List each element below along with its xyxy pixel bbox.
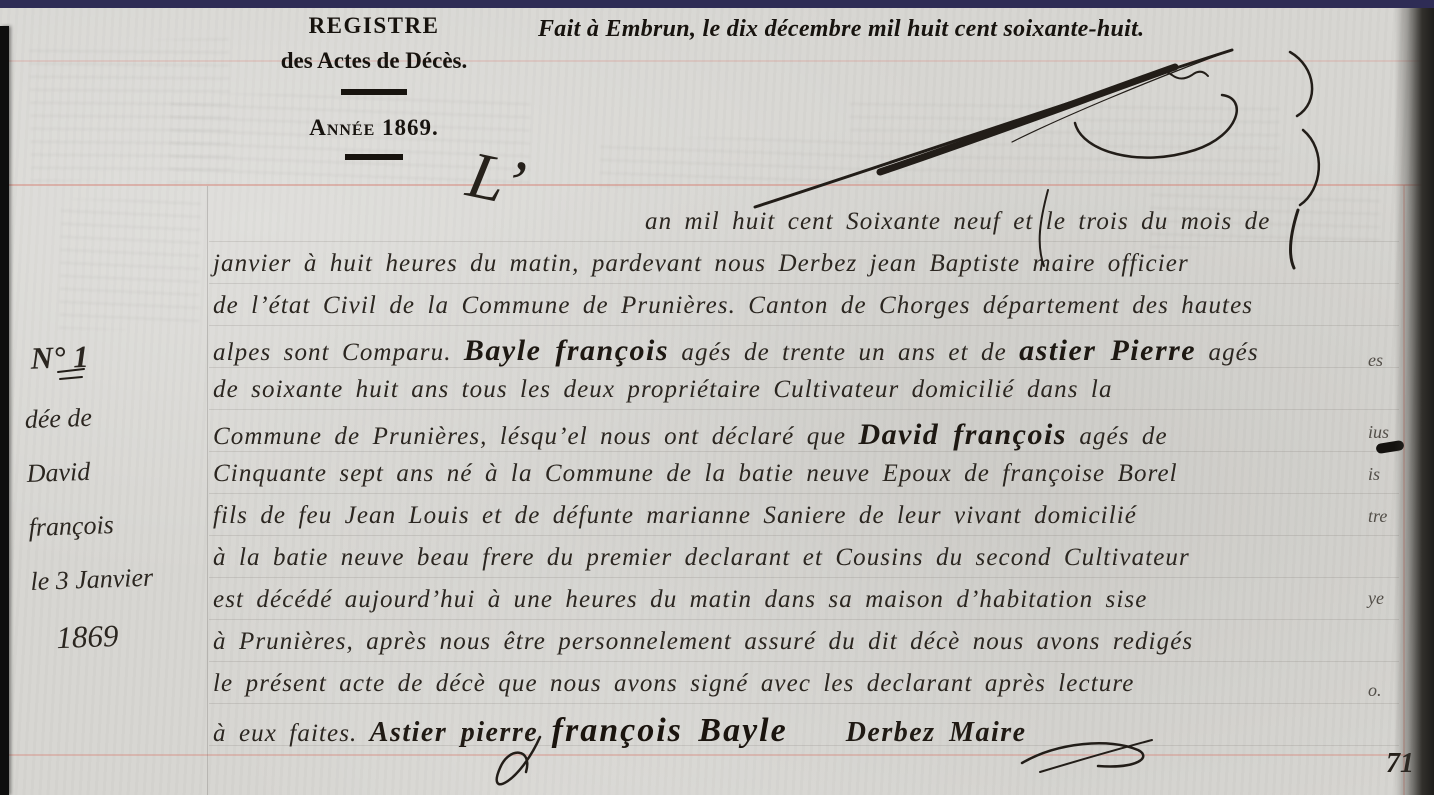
act-line: an mil huit cent Soixante neuf et le tro…	[645, 208, 1270, 236]
act-text-segment: de l’état Civil de la Commune de Prunièr…	[213, 292, 1253, 319]
margin-note-line: 1869	[56, 618, 119, 656]
bleedthrough-smudge	[849, 97, 1280, 183]
dateline: Fait à Embrun, le dix décembre mil huit …	[538, 16, 1298, 43]
act-text-segment: janvier à huit heures du matin, pardevan…	[213, 250, 1189, 277]
margin-note-line: françois	[28, 510, 114, 543]
death-register-scan: REGISTRE des Actes de Décès. Année 1869.…	[0, 0, 1434, 795]
ruled-guideline	[209, 703, 1399, 704]
act-line: de soixante huit ans tous les deux propr…	[213, 376, 1113, 404]
ruled-guideline	[209, 661, 1399, 662]
margin-divider-line	[207, 186, 208, 795]
act-line: à la batie neuve beau frere du premier d…	[213, 544, 1190, 572]
act-text-segment: fils de feu Jean Louis et de défunte mar…	[213, 502, 1137, 529]
edge-fragment: o.	[1368, 680, 1382, 701]
registre-title: REGISTRE	[258, 13, 490, 39]
act-number: N° 1	[30, 339, 89, 377]
ruled-guideline	[209, 409, 1399, 410]
left-binding-strip	[0, 26, 9, 795]
edge-fragment: ye	[1368, 588, 1384, 609]
ruled-guideline	[209, 535, 1399, 536]
act-text-segment: David françois	[858, 418, 1067, 451]
registre-subtitle: des Actes de Décès.	[258, 48, 490, 74]
act-line: à eux faites. Astier pierre françois Bay…	[213, 712, 1027, 750]
annee-label: Année 1869.	[258, 115, 490, 141]
signature: Astier pierre	[370, 717, 552, 748]
act-text-segment: de soixante huit ans tous les deux propr…	[213, 376, 1113, 403]
act-text-segment: astier Pierre	[1019, 334, 1196, 367]
act-text-segment: à eux faites.	[213, 720, 370, 747]
ruled-guideline	[209, 619, 1399, 620]
margin-note-line: le 3 Janvier	[30, 563, 154, 597]
act-text-segment: à Prunières, après nous être personnelem…	[213, 628, 1193, 655]
pink-rule-faint-top	[0, 60, 1434, 62]
margin-note-line: dée de	[24, 403, 92, 435]
pink-rule-bottom	[0, 754, 1410, 756]
header-rule	[341, 89, 407, 95]
signature: Derbez Maire	[846, 717, 1027, 748]
act-text-segment: alpes sont Comparu.	[213, 339, 464, 366]
act-text-segment: à la batie neuve beau frere du premier d…	[213, 544, 1190, 571]
edge-fragment: es	[1368, 350, 1383, 371]
act-line: janvier à huit heures du matin, pardevan…	[213, 250, 1189, 278]
edge-fragment: ius	[1368, 422, 1389, 443]
act-line: est décédé aujourd’hui à une heures du m…	[213, 586, 1147, 614]
margin-note: N° 1 dée deDavidfrançoisle 3 Janvier1869	[16, 335, 206, 342]
signature: françois Bayle	[552, 712, 788, 749]
act-line: le présent acte de décè que nous avons s…	[213, 670, 1134, 698]
act-text-segment: est décédé aujourd’hui à une heures du m…	[213, 586, 1147, 613]
ruled-guideline	[209, 493, 1399, 494]
act-text-segment: agés de	[1067, 423, 1168, 450]
act-text-segment: Commune de Prunières, lésqu’el nous ont …	[213, 423, 858, 450]
act-text-segment: le présent acte de décè que nous avons s…	[213, 670, 1134, 697]
pink-rule-top	[0, 184, 1434, 186]
act-text-segment: an mil huit cent Soixante neuf et le tro…	[645, 208, 1270, 235]
ruled-guideline	[209, 325, 1399, 326]
act-text-segment: agés	[1196, 339, 1259, 366]
ruled-guideline	[209, 577, 1399, 578]
margin-note-line: David	[26, 457, 91, 489]
act-line: de l’état Civil de la Commune de Prunièr…	[213, 292, 1253, 320]
act-line: alpes sont Comparu. Bayle françois agés …	[213, 334, 1259, 368]
act-line: fils de feu Jean Louis et de défunte mar…	[213, 502, 1137, 530]
edge-fragment: tre	[1368, 506, 1387, 527]
act-line: à Prunières, après nous être personnelem…	[213, 628, 1193, 656]
header-rule-2	[345, 154, 403, 160]
bleedthrough-smudge	[600, 137, 850, 189]
printed-header: REGISTRE des Actes de Décès. Année 1869.	[258, 13, 490, 160]
ruled-guideline	[209, 283, 1399, 284]
bleedthrough-smudge	[59, 199, 201, 331]
act-line: Cinquante sept ans né à la Commune de la…	[213, 460, 1178, 488]
act-text-segment: agés de trente un ans et de	[669, 339, 1019, 366]
right-binding-shadow	[1394, 8, 1434, 795]
scan-top-border	[0, 0, 1434, 8]
edge-fragment: is	[1368, 464, 1380, 485]
act-text-segment: Cinquante sept ans né à la Commune de la…	[213, 460, 1178, 487]
ruled-guideline	[209, 241, 1399, 242]
act-text-segment: Bayle françois	[464, 334, 669, 367]
act-line: Commune de Prunières, lésqu’el nous ont …	[213, 418, 1168, 452]
